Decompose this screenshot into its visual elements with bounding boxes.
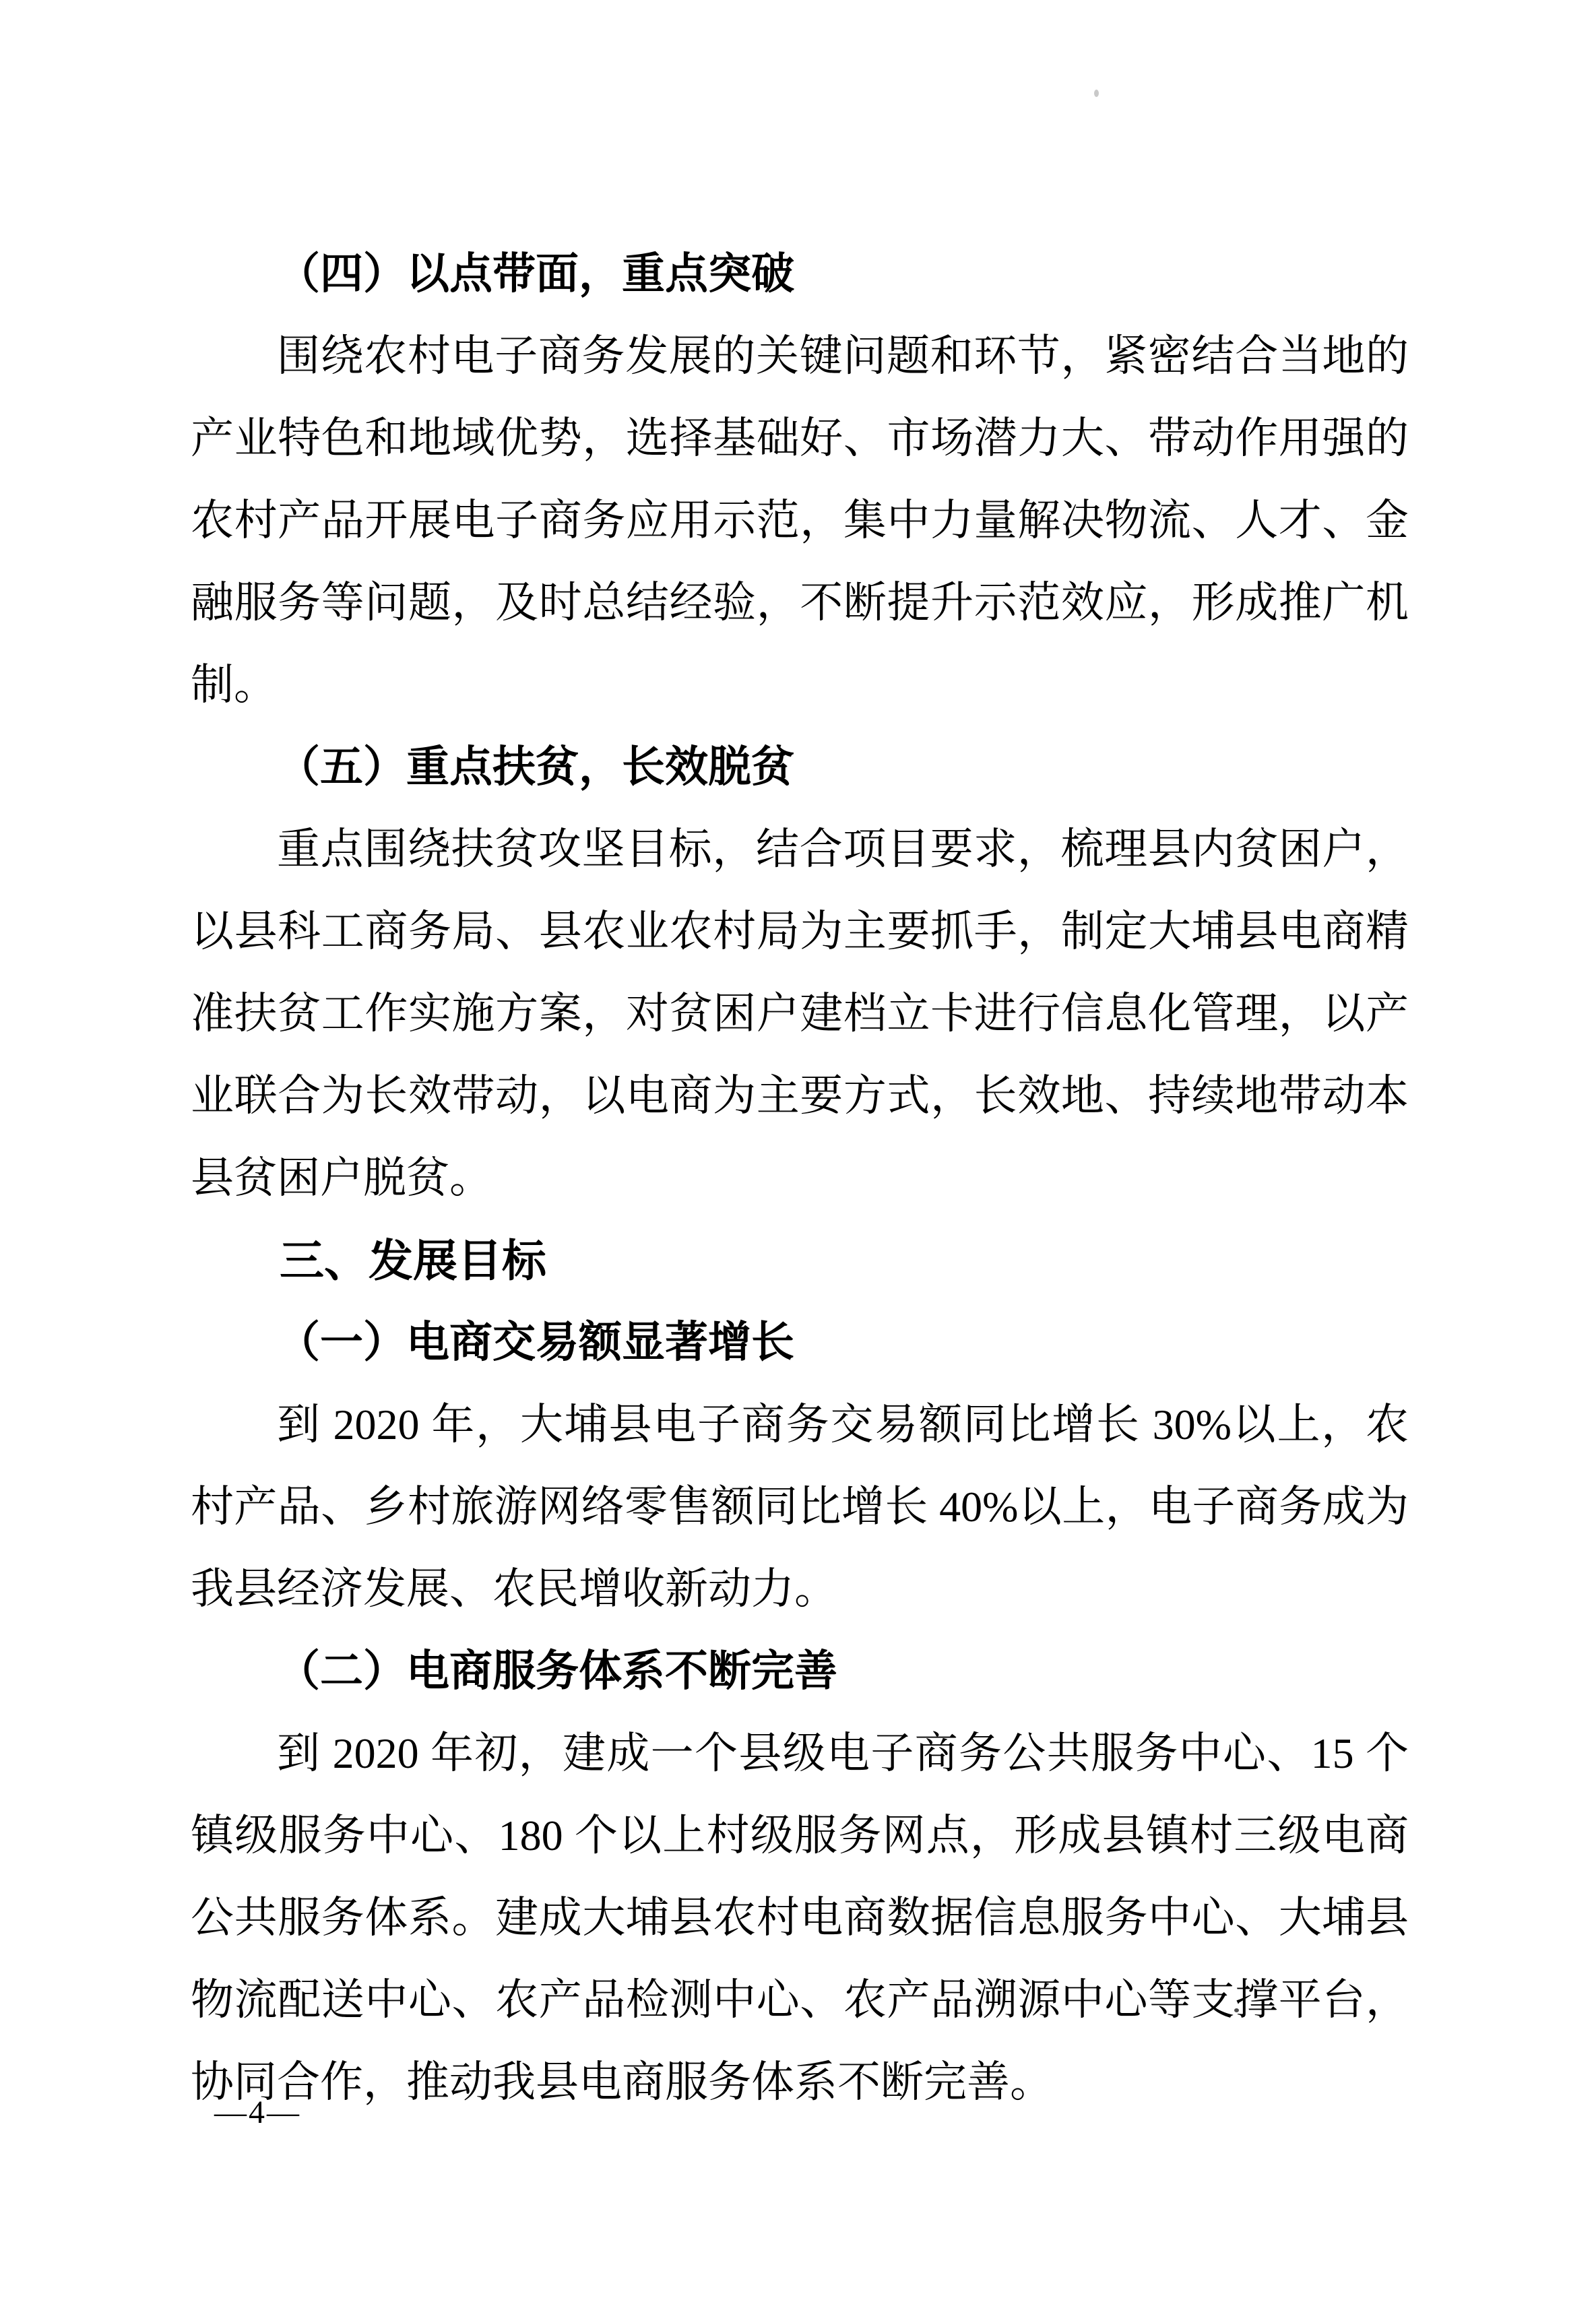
scan-artifact-dot <box>1234 2008 1239 2012</box>
subheading-goal-2: （二）电商服务体系不断完善 <box>191 1630 1409 1713</box>
document-body: （四）以点带面，重点突破 围绕农村电子商务发展的关键问题和环节，紧密结合当地的产… <box>191 233 1409 2124</box>
page-number: —4— <box>214 2094 301 2131</box>
subheading-goal-1: （一）电商交易额显著增长 <box>191 1302 1409 1384</box>
chapter-heading-3: 三、发展目标 <box>191 1219 1409 1302</box>
paragraph-section-5: 重点围绕扶贫攻坚目标，结合项目要求，梳理县内贫困户，以县科工商务局、县农业农村局… <box>191 808 1409 1219</box>
subheading-section-4: （四）以点带面，重点突破 <box>191 233 1409 315</box>
paragraph-goal-1: 到 2020 年，大埔县电子商务交易额同比增长 30%以上，农村产品、乡村旅游网… <box>191 1384 1409 1630</box>
subheading-section-5: （五）重点扶贫，长效脱贫 <box>191 726 1409 808</box>
document-page: （四）以点带面，重点突破 围绕农村电子商务发展的关键问题和环节，紧密结合当地的产… <box>0 0 1596 2298</box>
paragraph-section-4: 围绕农村电子商务发展的关键问题和环节，紧密结合当地的产业特色和地域优势，选择基础… <box>191 315 1409 726</box>
scan-artifact-dot <box>1094 90 1099 97</box>
paragraph-goal-2: 到 2020 年初，建成一个县级电子商务公共服务中心、15 个镇级服务中心、18… <box>191 1713 1409 2124</box>
